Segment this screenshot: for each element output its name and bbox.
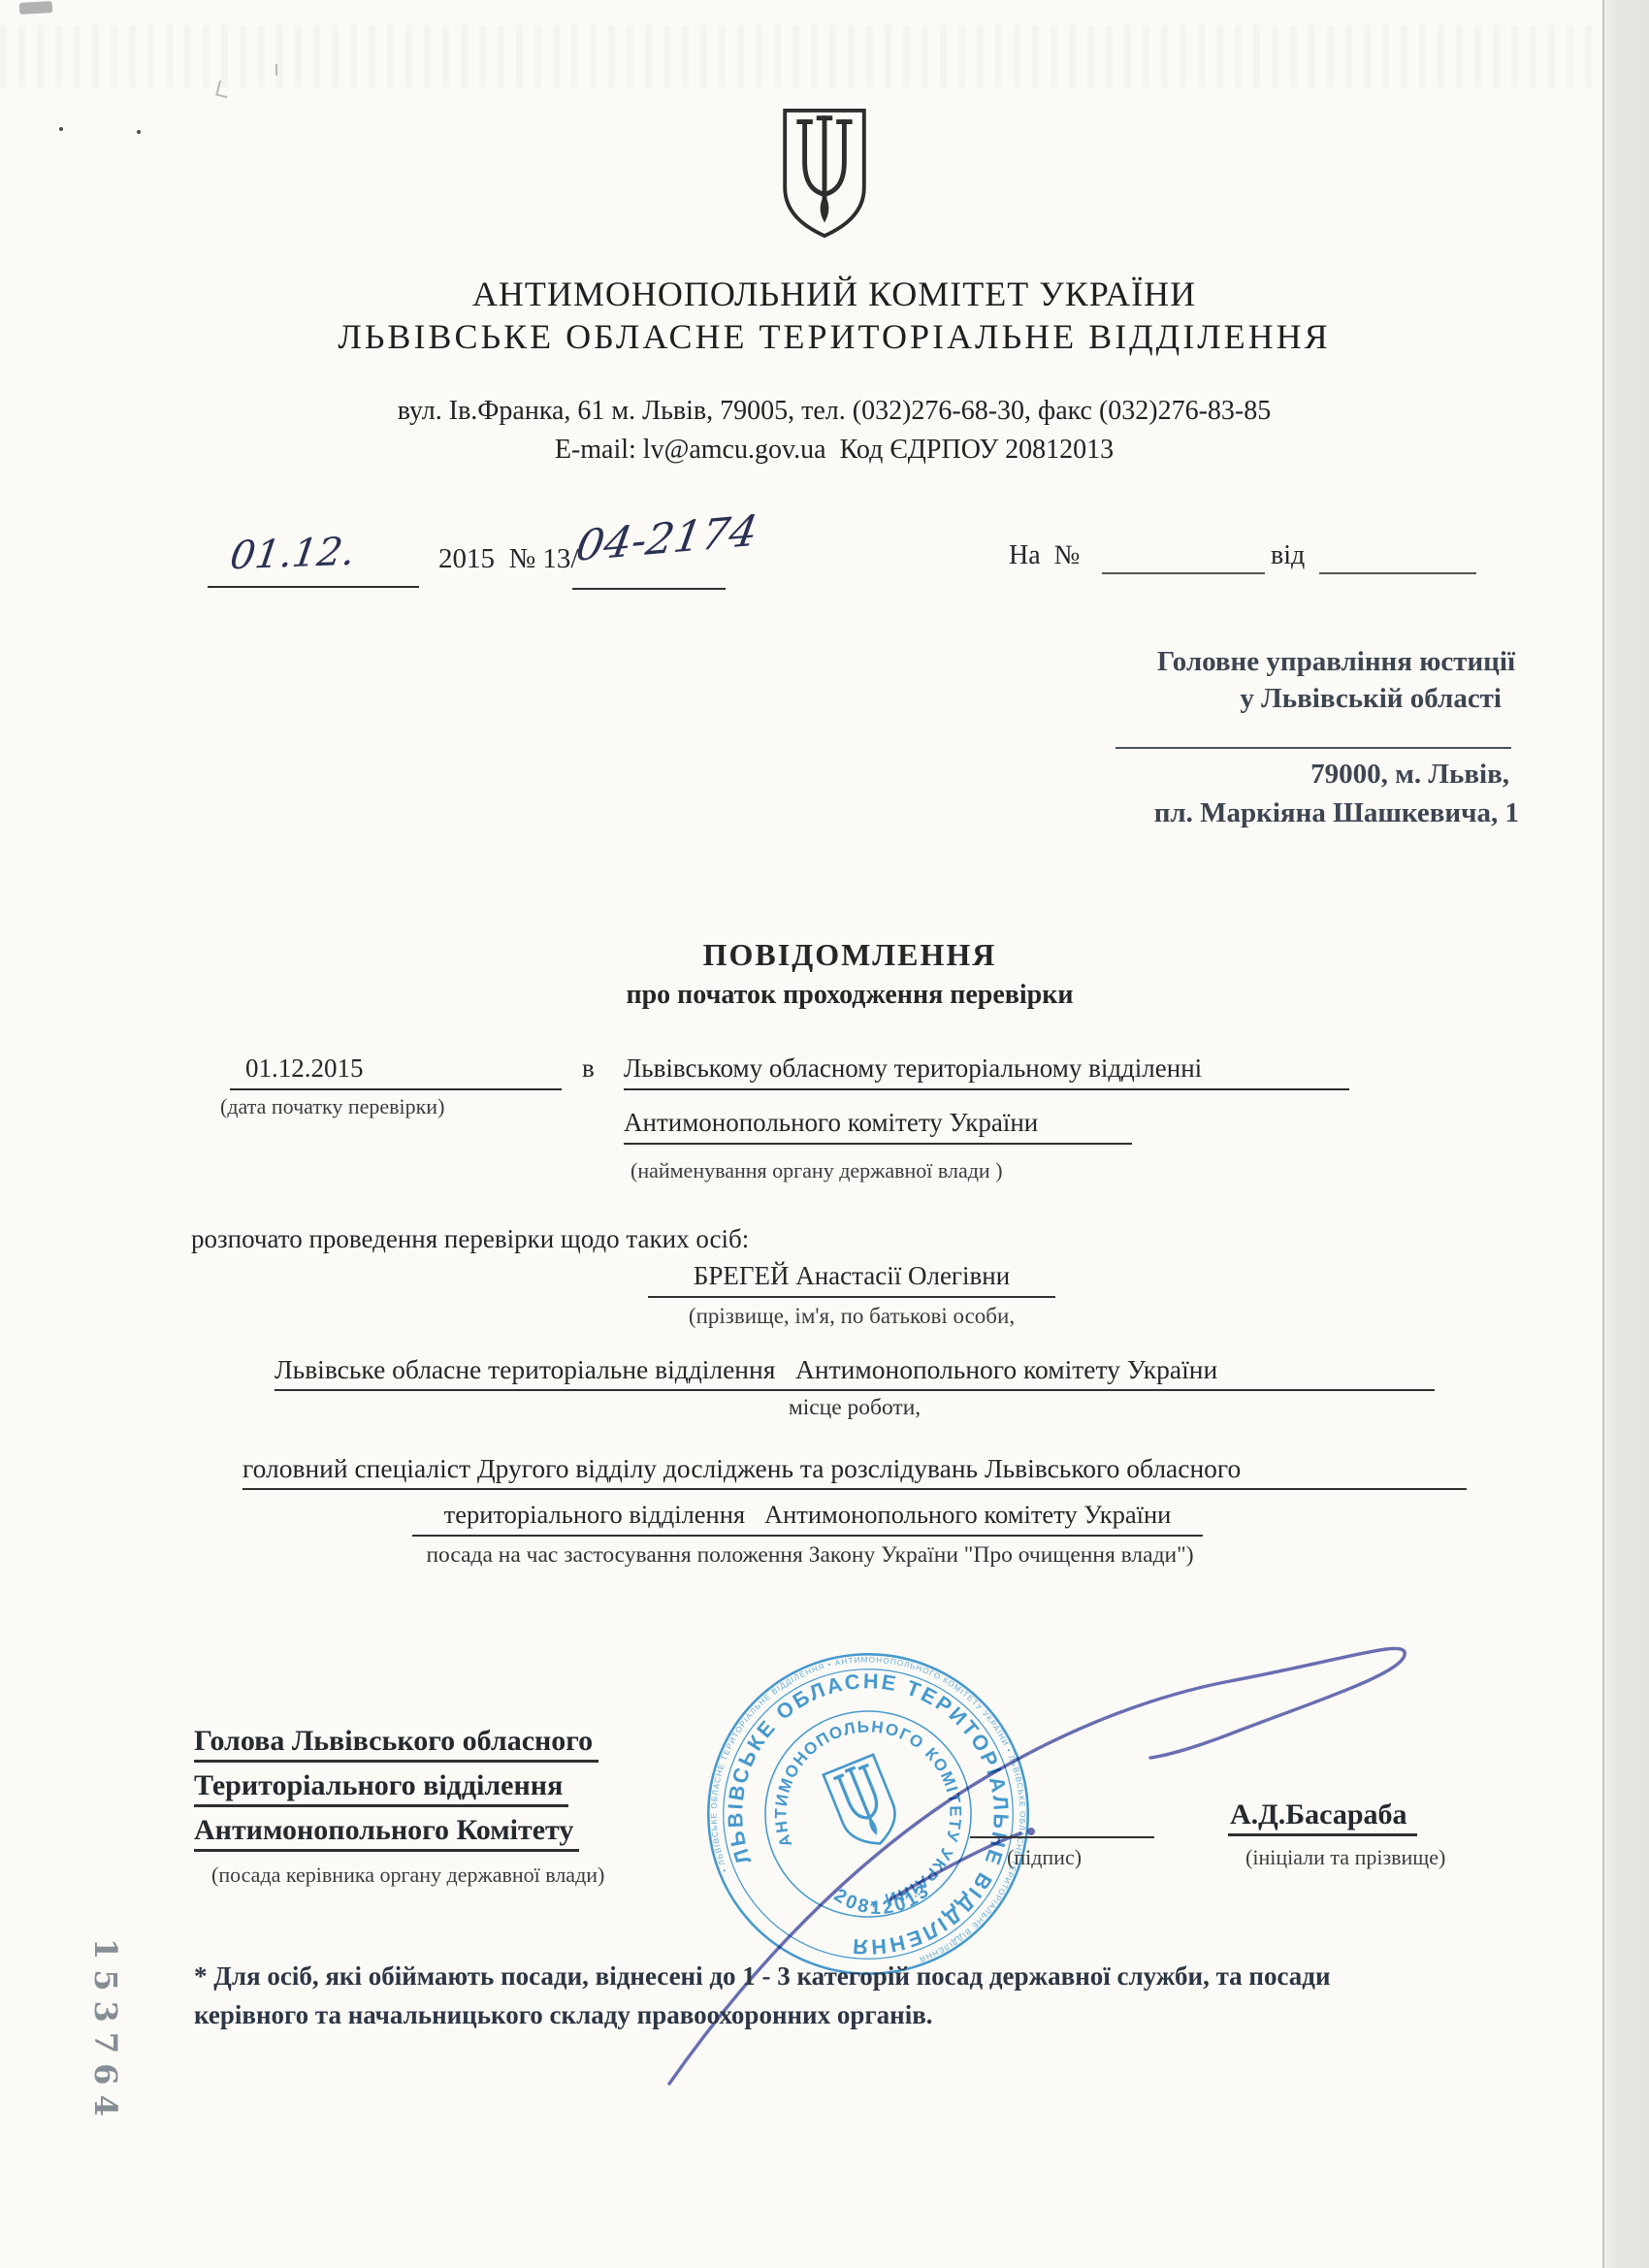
signature-caption: (підпис) bbox=[1007, 1845, 1082, 1870]
signature-line bbox=[970, 1836, 1154, 1838]
signer-name-caption: (ініціали та прізвище) bbox=[1245, 1845, 1445, 1870]
signature-stroke bbox=[0, 0, 1649, 2268]
signer-name: А.Д.Басараба bbox=[1228, 1798, 1417, 1836]
footnote-line2: керівного та начальницького складу право… bbox=[194, 2000, 1533, 2030]
scanned-document-page: АНТИМОНОПОЛЬНИЙ КОМІТЕТ УКРАЇНИ ЛЬВІВСЬК… bbox=[0, 0, 1649, 2268]
footnote-line1: * Для осіб, які обіймають посади, віднес… bbox=[194, 1961, 1533, 1992]
margin-stamp-number: 153764 bbox=[87, 1938, 124, 2126]
